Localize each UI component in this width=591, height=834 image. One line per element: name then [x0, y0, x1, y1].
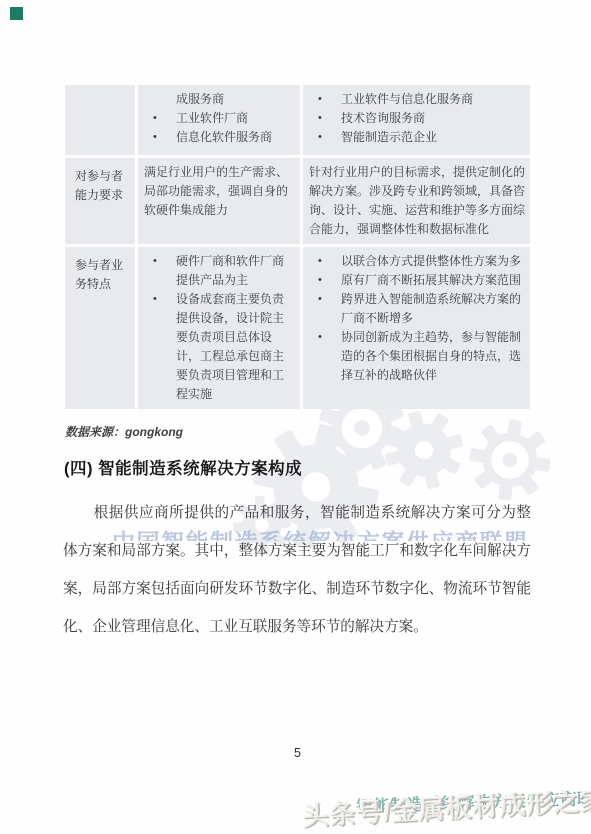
corner-accent-square	[10, 7, 23, 20]
bullet-icon: •	[318, 109, 322, 128]
table-row-label	[65, 85, 135, 155]
bullet-icon: •	[153, 290, 157, 309]
bullet-icon: •	[153, 128, 157, 147]
table-cell-text: 成服务商	[144, 90, 295, 109]
table-bullet-item: 以联合体方式提供整体性方案为多	[341, 254, 521, 268]
body-paragraph: 根据供应商所提供的产品和服务，智能制造系统解决方案可分为整体方案和局部方案。其中…	[63, 494, 531, 646]
table-cell-text: 满足行业用户的生产需求、局部功能需求，强调自身的软硬件集成能力	[144, 165, 288, 217]
bullet-icon: •	[153, 109, 157, 128]
table-bullet-item: 协同创新成为主趋势，参与智能制造的各个集团根据自身的特点，选择互补的战略伙伴	[341, 330, 521, 382]
bullet-icon: •	[318, 328, 322, 347]
section-heading: (四) 智能制造系统解决方案构成	[64, 455, 302, 479]
table-cell: 针对行业用户的目标需求，提供定制化的解决方案。涉及跨专业和跨领域，具备咨询、设计…	[303, 158, 530, 244]
table-cell: •工业软件与信息化服务商 •技术咨询服务商 •智能制造示范企业	[303, 85, 530, 155]
table-cell: •硬件厂商和软件厂商提供产品为主 •设备成套商主要负责提供设备，设计院主要负责项…	[138, 247, 300, 409]
bullet-icon: •	[318, 252, 322, 271]
table-bullet-item: 信息化软件服务商	[176, 130, 272, 144]
table-bullet-item: 工业软件厂商	[176, 111, 248, 125]
bullet-icon: •	[318, 90, 322, 109]
table-cell: 成服务商 •工业软件厂商 •信息化软件服务商	[138, 85, 300, 155]
table-bullet-item: 智能制造示范企业	[341, 130, 437, 144]
table-bullet-item: 跨界进入智能制造系统解决方案的厂商不断增多	[341, 292, 521, 325]
page-number: 5	[65, 746, 530, 760]
bullet-icon: •	[153, 252, 157, 271]
table-cell-text: 针对行业用户的目标需求，提供定制化的解决方案。涉及跨专业和跨领域，具备咨询、设计…	[309, 165, 525, 236]
data-source-note: 数据来源：gongkong	[65, 423, 183, 440]
suppliers-comparison-table: 成服务商 •工业软件厂商 •信息化软件服务商 •工业软件与信息化服务商 •技术咨…	[65, 85, 530, 409]
document-page: 成服务商 •工业软件厂商 •信息化软件服务商 •工业软件与信息化服务商 •技术咨…	[0, 0, 591, 834]
bottom-embossed-watermark-text: 头条号/金属板材成形之家	[301, 780, 591, 833]
table-bullet-item: 设备成套商主要负责提供设备，设计院主要负责项目总体设计，工程总承包商主要负责项目…	[176, 292, 284, 401]
table-row-label: 参与者业务特点	[65, 247, 135, 409]
table-bullet-item: 技术咨询服务商	[341, 111, 425, 125]
table-row-label: 对参与者能力要求	[65, 158, 135, 244]
bullet-icon: •	[318, 271, 322, 290]
bullet-icon: •	[318, 290, 322, 309]
table-bullet-item: 工业软件与信息化服务商	[341, 92, 473, 106]
table-bullet-item: 原有厂商不断拓展其解决方案范围	[341, 273, 521, 287]
table-cell: •以联合体方式提供整体性方案为多 •原有厂商不断拓展其解决方案范围 •跨界进入智…	[303, 247, 530, 409]
bullet-icon: •	[318, 128, 322, 147]
table-cell: 满足行业用户的生产需求、局部功能需求，强调自身的软硬件集成能力	[138, 158, 300, 244]
table-bullet-item: 硬件厂商和软件厂商提供产品为主	[176, 254, 284, 287]
